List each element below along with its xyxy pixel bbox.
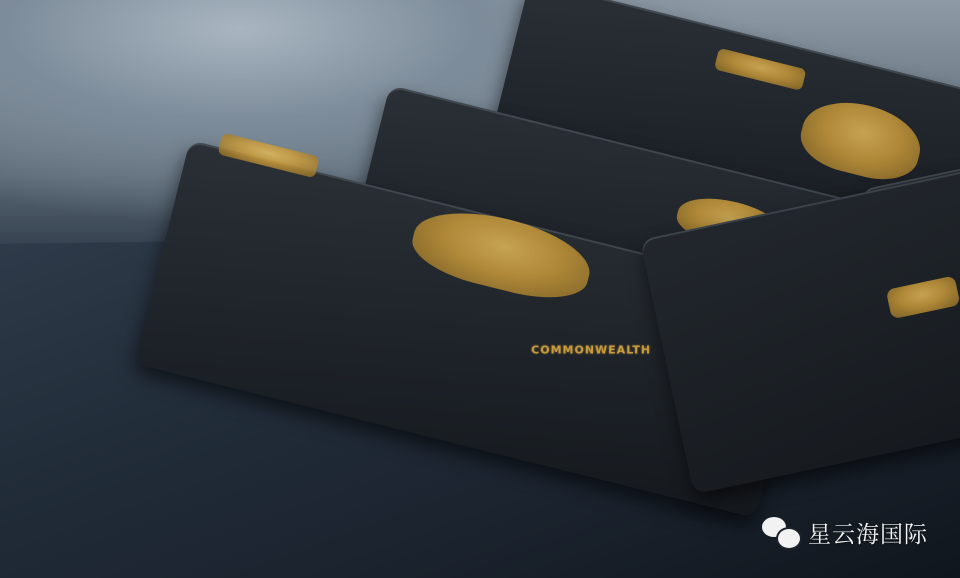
watermark-text: 星云海国际: [808, 516, 928, 549]
watermark: 星云海国际: [762, 516, 928, 549]
wechat-icon: [762, 517, 800, 549]
gold-emblem-icon: [886, 275, 960, 319]
coat-of-arms-icon: [794, 91, 927, 188]
gold-title-emboss: [714, 48, 807, 91]
cover-text: COMMONWEALTH: [531, 343, 651, 356]
